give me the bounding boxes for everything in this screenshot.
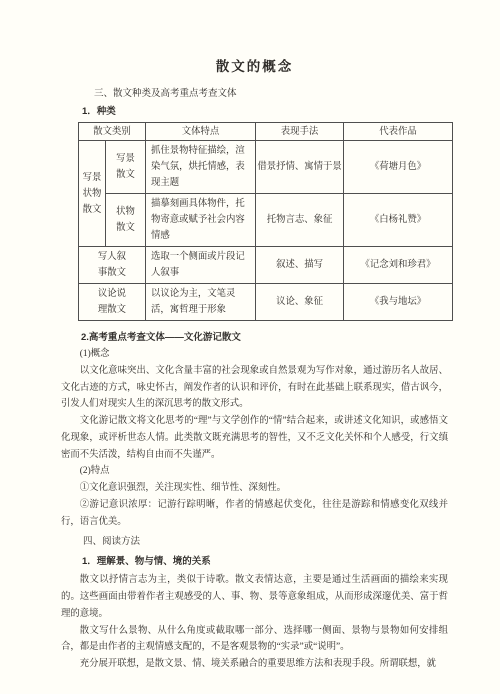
features-label: (2)特点 — [61, 463, 448, 480]
cell-technique: 议论、象征 — [256, 284, 344, 321]
table-row: 议论说理散文 以议论为主，文笔灵活，寓哲理于形象 议论、象征 《我与地坛》 — [79, 284, 453, 321]
heading-kinds: 1．种类 — [61, 103, 448, 120]
table-header-row: 散文类别 文体特点 表现手法 代表作品 — [79, 123, 453, 141]
heading-exam-focus: 2.高考重点考查文体——文化游记散文 — [61, 329, 448, 346]
cell-work: 《记念刘和珍君》 — [344, 247, 453, 284]
type-label: 写景散文 — [116, 151, 135, 183]
cell-type: 状物散文 — [106, 194, 146, 247]
cell-work: 《我与地坛》 — [344, 284, 453, 321]
cell-feature: 描摹刻画具体物件，托物寄意或赋予社会内容情感 — [146, 194, 256, 247]
cell-feature: 选取一个侧面或片段记人叙事 — [146, 247, 256, 284]
heading-relation: 1．理解景、物与情、境的关系 — [61, 553, 448, 570]
cell-work: 《白杨礼赞》 — [344, 194, 453, 247]
prose-types-table: 散文类别 文体特点 表现手法 代表作品 写景状物散文 写景散文 抓住景物特征描绘… — [78, 122, 453, 321]
section-heading-types: 三、散文种类及高考重点考查文体 — [61, 86, 448, 103]
col-header-features: 文体特点 — [146, 123, 256, 141]
table-row: 写人叙事散文 选取一个侧面或片段记人叙事 叙述、描写 《记念刘和珍君》 — [79, 247, 453, 284]
cell-technique: 托物言志、象征 — [256, 194, 344, 247]
group-label: 写景状物散文 — [82, 170, 101, 218]
para-reading-1: 散文以抒情言志为主，类似于诗歌。散文表情达意，主要是通过生活画面的描绘来实现的。… — [61, 572, 448, 622]
document-page: 散文的概念 三、散文种类及高考重点考查文体 1．种类 散文类别 文体特点 表现手… — [0, 0, 500, 694]
table-row: 状物散文 描摹刻画具体物件，托物寄意或赋予社会内容情感 托物言志、象征 《白杨礼… — [79, 194, 453, 247]
cell-feature: 以议论为主，文笔灵活，寓哲理于形象 — [146, 284, 256, 321]
table-row: 写景状物散文 写景散文 抓住景物特征描绘，渲染气氛，烘托情感，表现主题 借景抒情… — [79, 141, 453, 194]
para-feature-2: ②游记意识浓厚：记游行踪明晰，作者的情感起伏变化，往往是游踪和情感变化双线并行，… — [61, 497, 448, 531]
cell-group-scenery-object: 写景状物散文 — [79, 141, 106, 247]
type-label: 状物散文 — [116, 204, 135, 236]
col-header-technique: 表现手法 — [256, 123, 344, 141]
col-header-works: 代表作品 — [344, 123, 453, 141]
para-reading-3: 充分展开联想，是散文景、情、境关系融合的重要思维方法和表现手段。所谓联想，就 — [61, 656, 448, 673]
cell-technique: 叙述、描写 — [256, 247, 344, 284]
type-label: 写人叙事散文 — [97, 249, 126, 281]
section-heading-reading: 四、阅读方法 — [61, 534, 448, 551]
cell-technique: 借景抒情、寓情于景 — [256, 141, 344, 194]
cell-type: 议论说理散文 — [79, 284, 146, 321]
body-text: 2.高考重点考查文体——文化游记散文 (1)概念 以文化意味突出、文化含量丰富的… — [61, 329, 448, 673]
cell-feature: 抓住景物特征描绘，渲染气氛，烘托情感，表现主题 — [146, 141, 256, 194]
para-feature-1: ①文化意识强烈，关注现实性、细节性、深刻性。 — [61, 480, 448, 497]
cell-type: 写景散文 — [106, 141, 146, 194]
cell-work: 《荷塘月色》 — [344, 141, 453, 194]
type-label: 议论说理散文 — [97, 286, 126, 318]
page-title: 散文的概念 — [61, 57, 448, 76]
concept-label: (1)概念 — [61, 346, 448, 363]
para-concept-2: 文化游记散文将文化思考的“理”与文学创作的“情”结合起来，或讲述文化知识，或感悟… — [61, 413, 448, 463]
col-header-category: 散文类别 — [79, 123, 146, 141]
para-reading-2: 散文写什么景物、从什么角度或截取哪一部分、选择哪一侧面、景物与景物如何安排组合，… — [61, 623, 448, 657]
cell-type: 写人叙事散文 — [79, 247, 146, 284]
para-concept-1: 以文化意味突出、文化含量丰富的社会现象或自然景观为写作对象，通过游历名人故居、文… — [61, 363, 448, 413]
